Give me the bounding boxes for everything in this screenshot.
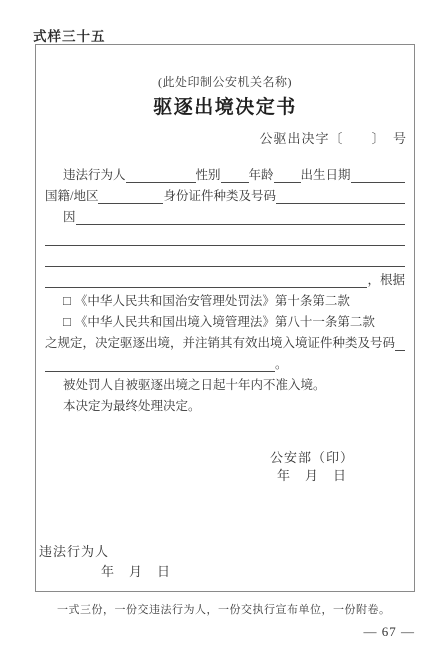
document-page: 式样三十五 (此处印制公安机关名称) 驱逐出境决定书 公驱出决字〔 〕 号 违法… [0,0,448,658]
cancelled-document-blank-2 [45,356,275,372]
decision-line: 之规定，决定驱逐出境，并注销其有效出境入境证件种类及号码 [45,330,405,351]
id-type-label: 身份证件种类及号码 [163,188,276,204]
decision-period: 。 [275,356,288,372]
offender-acknowledgement-block: 违法行为人 年 月 日 [39,542,171,582]
legal-basis-lead-line: ，根据 [45,267,405,288]
decision-continuation-line: 。 [45,351,405,372]
gender-blank [221,167,249,183]
reentry-ban-statement: 被处罚人自被驱逐出境之日起十年内不准入境。 [45,372,405,393]
reason-blank-4 [45,272,367,288]
birth-date-label: 出生日期 [301,167,351,183]
ack-offender-label: 违法行为人 [39,542,171,562]
issuer-name-placeholder: (此处印制公安机关名称) [36,73,414,90]
basis-suffix-label: ，根据 [367,272,405,288]
reason-blank-1 [76,209,405,225]
reason-blank-2 [45,230,405,246]
nationality-id-line: 国籍/地区 身份证件种类及号码 [45,183,405,204]
document-number-line: 公驱出决字〔 〕 号 [36,128,414,147]
offender-info-line: 违法行为人 性别 年龄 出生日期 [45,162,405,183]
reason-continuation-line-2 [45,246,405,267]
law-option-2-checkbox: □ [63,314,71,330]
id-number-blank [276,188,405,204]
law-option-1-checkbox: □ [63,293,71,309]
reason-continuation-line-1 [45,225,405,246]
form-style-label: 式样三十五 [33,25,106,45]
document-body: 违法行为人 性别 年龄 出生日期 国籍/地区 身份证件种类及号码 因 [45,162,405,414]
gender-label: 性别 [196,167,221,183]
authority-seal-label: 公安部（印） [270,449,354,467]
document-border-box: (此处印制公安机关名称) 驱逐出境决定书 公驱出决字〔 〕 号 违法行为人 性别… [35,44,415,592]
nationality-label: 国籍/地区 [45,188,98,204]
reason-blank-3 [45,251,405,267]
law-option-2-label: 《中华人民共和国出境入境管理法》第八十一条第二款 [75,314,375,330]
law-option-2-line: □ 《中华人民共和国出境入境管理法》第八十一条第二款 [45,309,405,330]
decision-text: 之规定，决定驱逐出境，并注销其有效出境入境证件种类及号码 [45,335,395,351]
authority-date-line: 年 月 日 [270,467,354,485]
reason-label: 因 [63,209,76,225]
offender-name-blank [126,167,196,183]
page-number: — 67 — [364,624,416,640]
ack-date-line: 年 月 日 [39,562,171,582]
reentry-ban-text: 被处罚人自被驱逐出境之日起十年内不准入境。 [63,377,326,393]
offender-label: 违法行为人 [63,167,126,183]
age-blank [274,167,301,183]
law-option-1-label: 《中华人民共和国治安管理处罚法》第十条第二款 [75,293,350,309]
document-title: 驱逐出境决定书 [36,92,414,119]
birth-date-blank [351,167,405,183]
reason-line: 因 [45,204,405,225]
nationality-blank [98,188,163,204]
cancelled-document-blank-1 [395,335,405,351]
final-decision-statement: 本决定为最终处理决定。 [45,393,405,414]
distribution-note: 一式三份，一份交违法行为人，一份交执行宣布单位，一份附卷。 [57,601,391,617]
law-option-1-line: □ 《中华人民共和国治安管理处罚法》第十条第二款 [45,288,405,309]
final-decision-text: 本决定为最终处理决定。 [63,398,201,414]
authority-signature-block: 公安部（印） 年 月 日 [270,449,354,485]
age-label: 年龄 [249,167,274,183]
